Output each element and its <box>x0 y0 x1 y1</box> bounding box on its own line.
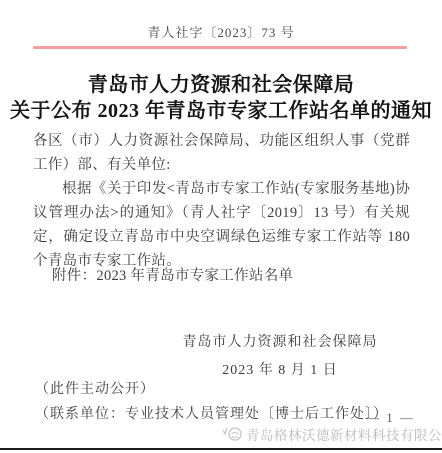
signature-org: 青岛市人力资源和社会保障局 <box>150 329 410 357</box>
watermark-company-text: 青岛格林沃德新材料科技有限公司 <box>246 424 442 444</box>
doc-number: 青人社字〔2023〕73 号 <box>0 22 442 41</box>
attachment-line: 附件：2023 年青岛市专家工作站名单 <box>52 264 293 285</box>
contact-note: （联系单位：专业技术人员管理处〔博士后工作处〕） <box>35 403 388 423</box>
company-logo-icon <box>222 425 242 443</box>
recipients-paragraph: 各区（市）人力资源社会保障局、功能区组织人事（党群工作）部、有关单位: <box>33 129 410 177</box>
red-divider-line <box>33 46 407 49</box>
official-notice-document: 青人社字〔2023〕73 号 青岛市人力资源和社会保障局 关于公布 2023 年… <box>0 0 442 453</box>
notice-title: 青岛市人力资源和社会保障局 关于公布 2023 年青岛市专家工作站名单的通知 <box>0 72 442 124</box>
signature-block: 青岛市人力资源和社会保障局 2023 年 8 月 1 日 <box>150 329 410 385</box>
disclosure-note: （此件主动公开） <box>35 378 155 398</box>
body-paragraph: 根据《关于印发<青岛市专家工作站(专家服务基地)协议管理办法>的通知》（青人社字… <box>33 177 410 273</box>
company-watermark: 青岛格林沃德新材料科技有限公司 <box>222 424 438 444</box>
notice-title-line2: 关于公布 2023 年青岛市专家工作站名单的通知 <box>0 98 442 124</box>
signature-date: 2023 年 8 月 1 日 <box>150 357 410 385</box>
bottom-border-line <box>0 448 442 450</box>
notice-title-line1: 青岛市人力资源和社会保障局 <box>0 72 442 98</box>
